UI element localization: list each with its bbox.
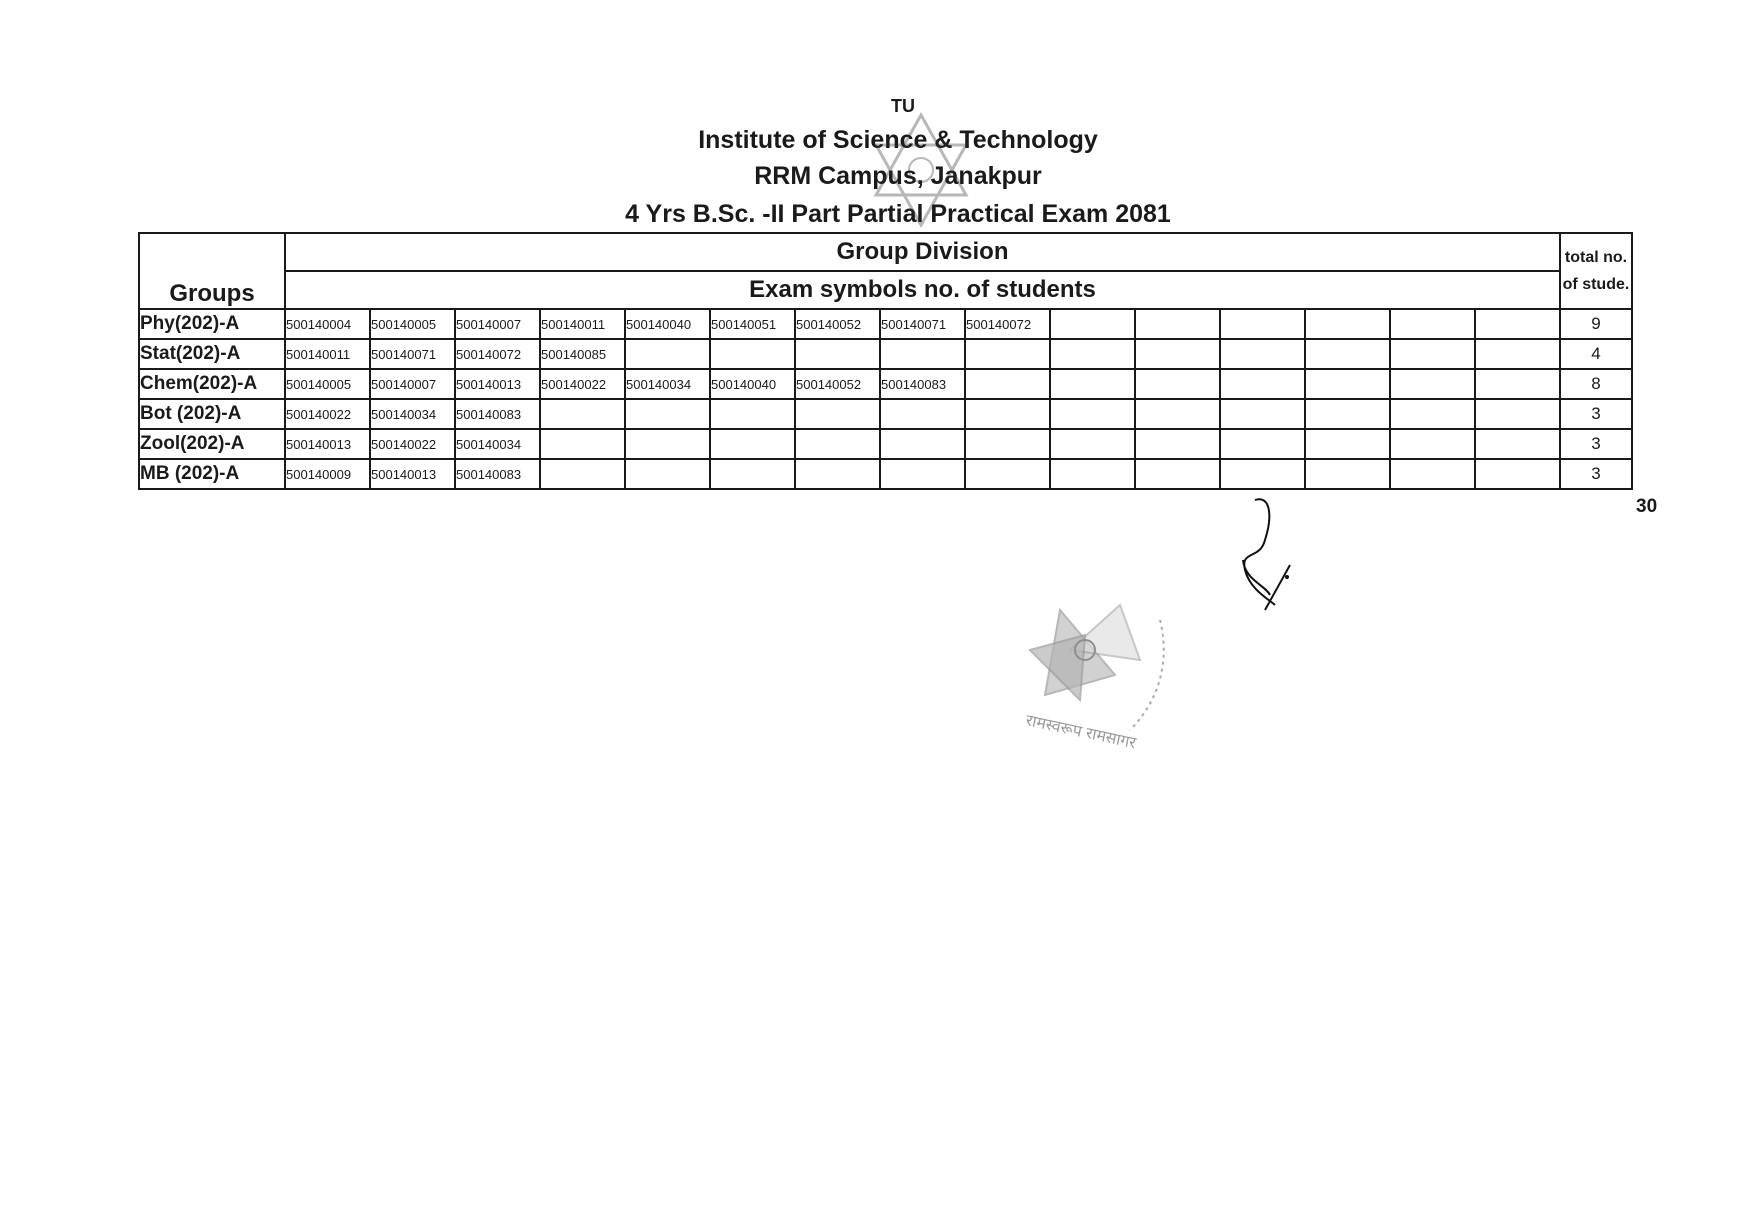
exam-symbol-cell: 500140005 [370,309,455,339]
exam-symbol-cell [1220,399,1305,429]
row-total: 4 [1560,339,1632,369]
exam-symbol-cell: 500140034 [625,369,710,399]
exam-symbol-cell: 500140040 [710,369,795,399]
exam-symbol-cell: 500140011 [285,339,370,369]
grand-total: 30 [1636,496,1657,518]
exam-symbol-cell [1050,309,1135,339]
exam-symbol-cell: 500140071 [370,339,455,369]
exam-symbol-cell [1135,369,1220,399]
exam-symbol-cell [1475,369,1560,399]
groups-column-header: Groups [139,233,285,309]
table-row: Stat(202)-A50014001150014007150014007250… [139,339,1632,369]
exam-symbol-cell: 500140013 [285,429,370,459]
exam-symbol-cell [1135,309,1220,339]
exam-symbol-cell [795,399,880,429]
exam-symbol-cell: 500140034 [455,429,540,459]
exam-symbol-cell [965,429,1050,459]
table-row: Chem(202)-A50014000550014000750014001350… [139,369,1632,399]
exam-symbol-cell [1135,459,1220,489]
exam-symbol-cell: 500140022 [285,399,370,429]
exam-symbol-cell [1305,309,1390,339]
group-name: Zool(202)-A [139,429,285,459]
exam-symbol-cell [880,429,965,459]
exam-symbol-cell [1390,339,1475,369]
exam-symbol-cell: 500140051 [710,309,795,339]
exam-symbol-cell [710,399,795,429]
exam-symbol-cell: 500140083 [455,399,540,429]
exam-symbol-cell [1220,309,1305,339]
group-name: Chem(202)-A [139,369,285,399]
exam-symbol-cell [1135,399,1220,429]
exam-symbol-cell: 500140022 [370,429,455,459]
exam-symbol-cell [880,339,965,369]
exam-symbol-cell [1050,339,1135,369]
exam-symbol-cell: 500140004 [285,309,370,339]
exam-symbol-cell: 500140052 [795,309,880,339]
exam-symbol-cell [625,339,710,369]
exam-symbol-cell [1305,339,1390,369]
exam-symbol-cell [1305,369,1390,399]
exam-symbol-cell [710,459,795,489]
exam-symbol-cell [540,459,625,489]
exam-symbol-cell: 500140083 [880,369,965,399]
exam-symbol-cell [1475,429,1560,459]
group-division-table: Groups Group Division total no. of stude… [138,232,1633,490]
exam-symbol-cell: 500140011 [540,309,625,339]
exam-symbol-cell [625,399,710,429]
exam-symbol-cell: 500140071 [880,309,965,339]
exam-symbol-cell: 500140013 [455,369,540,399]
exam-symbol-cell [1390,399,1475,429]
row-total: 3 [1560,399,1632,429]
exam-symbol-cell [1135,339,1220,369]
exam-symbol-cell [880,399,965,429]
exam-symbol-cell [1220,459,1305,489]
exam-symbol-cell [1220,339,1305,369]
exam-symbol-cell [1050,399,1135,429]
group-name: Bot (202)-A [139,399,285,429]
table-row: Zool(202)-A5001400135001400225001400343 [139,429,1632,459]
exam-symbol-cell [625,459,710,489]
row-total: 8 [1560,369,1632,399]
exam-symbol-cell: 500140013 [370,459,455,489]
exam-symbol-cell: 500140034 [370,399,455,429]
table-row: MB (202)-A5001400095001400135001400833 [139,459,1632,489]
exam-symbol-cell [540,399,625,429]
exam-symbol-cell: 500140009 [285,459,370,489]
exam-symbol-cell: 500140007 [370,369,455,399]
exam-symbol-cell [965,459,1050,489]
exam-symbol-cell [1475,339,1560,369]
exam-symbol-cell [1220,429,1305,459]
exam-symbol-cell [1050,429,1135,459]
exam-symbols-header: Exam symbols no. of students [285,271,1560,309]
stamp-text: रामस्वरूप रामसागर [1024,712,1138,752]
table-body: Phy(202)-A500140004500140005500140007500… [139,309,1632,489]
exam-symbol-cell [1390,429,1475,459]
row-total: 3 [1560,429,1632,459]
exam-symbol-cell [795,429,880,459]
group-name: MB (202)-A [139,459,285,489]
exam-symbol-cell [1475,309,1560,339]
table-row: Phy(202)-A500140004500140005500140007500… [139,309,1632,339]
exam-symbol-cell [1050,369,1135,399]
exam-symbol-cell [1305,459,1390,489]
table-row: Bot (202)-A5001400225001400345001400833 [139,399,1632,429]
total-column-header: total no. of stude. [1560,233,1632,309]
exam-symbol-cell: 500140072 [455,339,540,369]
exam-symbol-cell: 500140052 [795,369,880,399]
exam-symbol-cell: 500140072 [965,309,1050,339]
exam-symbol-cell: 500140005 [285,369,370,399]
group-name: Phy(202)-A [139,309,285,339]
exam-symbol-cell [795,459,880,489]
exam-symbol-cell [1305,399,1390,429]
handwritten-signature-icon [1235,495,1305,620]
exam-symbol-cell [625,429,710,459]
tu-emblem-seal-icon: रामस्वरूप रामसागर [1010,590,1190,760]
group-name: Stat(202)-A [139,339,285,369]
row-total: 3 [1560,459,1632,489]
exam-symbol-cell: 500140083 [455,459,540,489]
exam-symbol-cell [965,339,1050,369]
group-division-header: Group Division [285,233,1560,271]
exam-symbol-cell [710,429,795,459]
exam-symbol-cell [880,459,965,489]
exam-symbol-cell: 500140022 [540,369,625,399]
exam-symbol-cell [1220,369,1305,399]
exam-symbol-cell [1475,399,1560,429]
exam-symbol-cell: 500140007 [455,309,540,339]
exam-symbol-cell [795,339,880,369]
exam-symbol-cell [710,339,795,369]
exam-symbol-cell [1135,429,1220,459]
exam-symbol-cell: 500140085 [540,339,625,369]
exam-symbol-cell [965,399,1050,429]
exam-symbol-cell [1050,459,1135,489]
exam-symbol-cell [1390,309,1475,339]
tu-emblem-watermark-icon [866,110,976,250]
exam-symbol-cell [965,369,1050,399]
exam-symbol-cell [1390,369,1475,399]
row-total: 9 [1560,309,1632,339]
exam-symbol-cell [1305,429,1390,459]
exam-symbol-cell [1475,459,1560,489]
exam-symbol-cell: 500140040 [625,309,710,339]
exam-symbol-cell [1390,459,1475,489]
exam-symbol-cell [540,429,625,459]
